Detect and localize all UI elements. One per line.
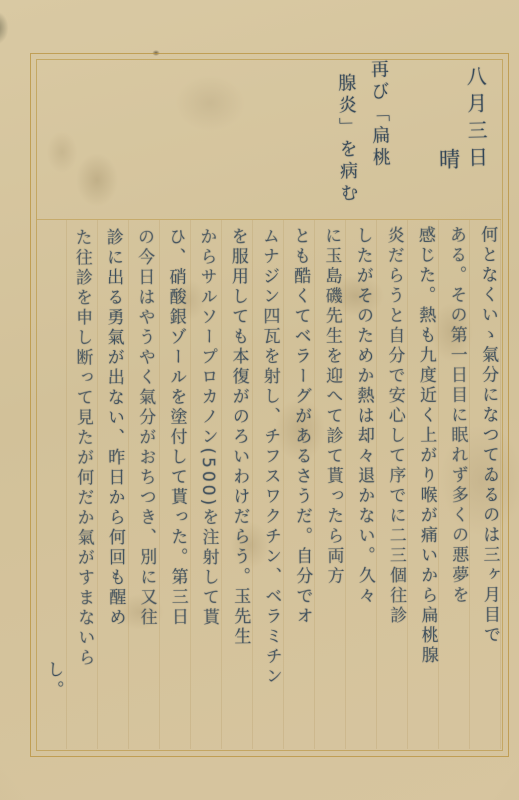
diary-body: 何となくいゝ氣分になつてゐるのは三ヶ月目で ある。その第一日目に眠れず多くの悪夢… [34, 225, 506, 759]
body-column: ひ、硝酸銀ゾールを塗付して貰った。第三日 [159, 228, 194, 759]
body-column: 感じた。熱も九度近く上がり喉が痛いから扁桃腺 [409, 226, 444, 757]
body-column: ある。その第一日目に眠れず多くの悪夢を [440, 226, 475, 757]
body-column: したがそのためか熱は却々退かない。久々 [346, 226, 381, 757]
body-column: からサルソープロカノン(500)を注射して貰 [190, 227, 225, 758]
body-column: た往診を申し断って見たが何だか氣がすまないら [65, 228, 100, 759]
diary-page: 八月三日 晴 再び「扁桃 腺炎」を病む 何となくいゝ氣分になつてゐるのは三ヶ月目… [0, 0, 519, 800]
body-column: し。 [34, 228, 69, 759]
body-column: 炎だらうと自分で安心して序でに二三個往診 [377, 226, 412, 757]
body-column: とも酷くてベラーグがあるさうだ。自分でオ [284, 227, 319, 758]
body-column: ムナジン四瓦を射し、チフスワクチン、ベラミチン [253, 227, 288, 758]
body-column: の今日はやうやく氣分がおちつき、別に又往 [128, 228, 163, 759]
header-divider-rule [37, 219, 501, 220]
body-column: に玉島磯先生を迎へて診て貰ったら両方 [315, 226, 350, 757]
body-column: 診に出る勇氣が出ない、昨日から何回も醒め [97, 228, 132, 759]
body-column: 何となくいゝ氣分になつてゐるのは三ヶ月目で [471, 225, 506, 756]
body-column: を服用しても本復がのろいわけだらう。玉先生 [221, 227, 256, 758]
